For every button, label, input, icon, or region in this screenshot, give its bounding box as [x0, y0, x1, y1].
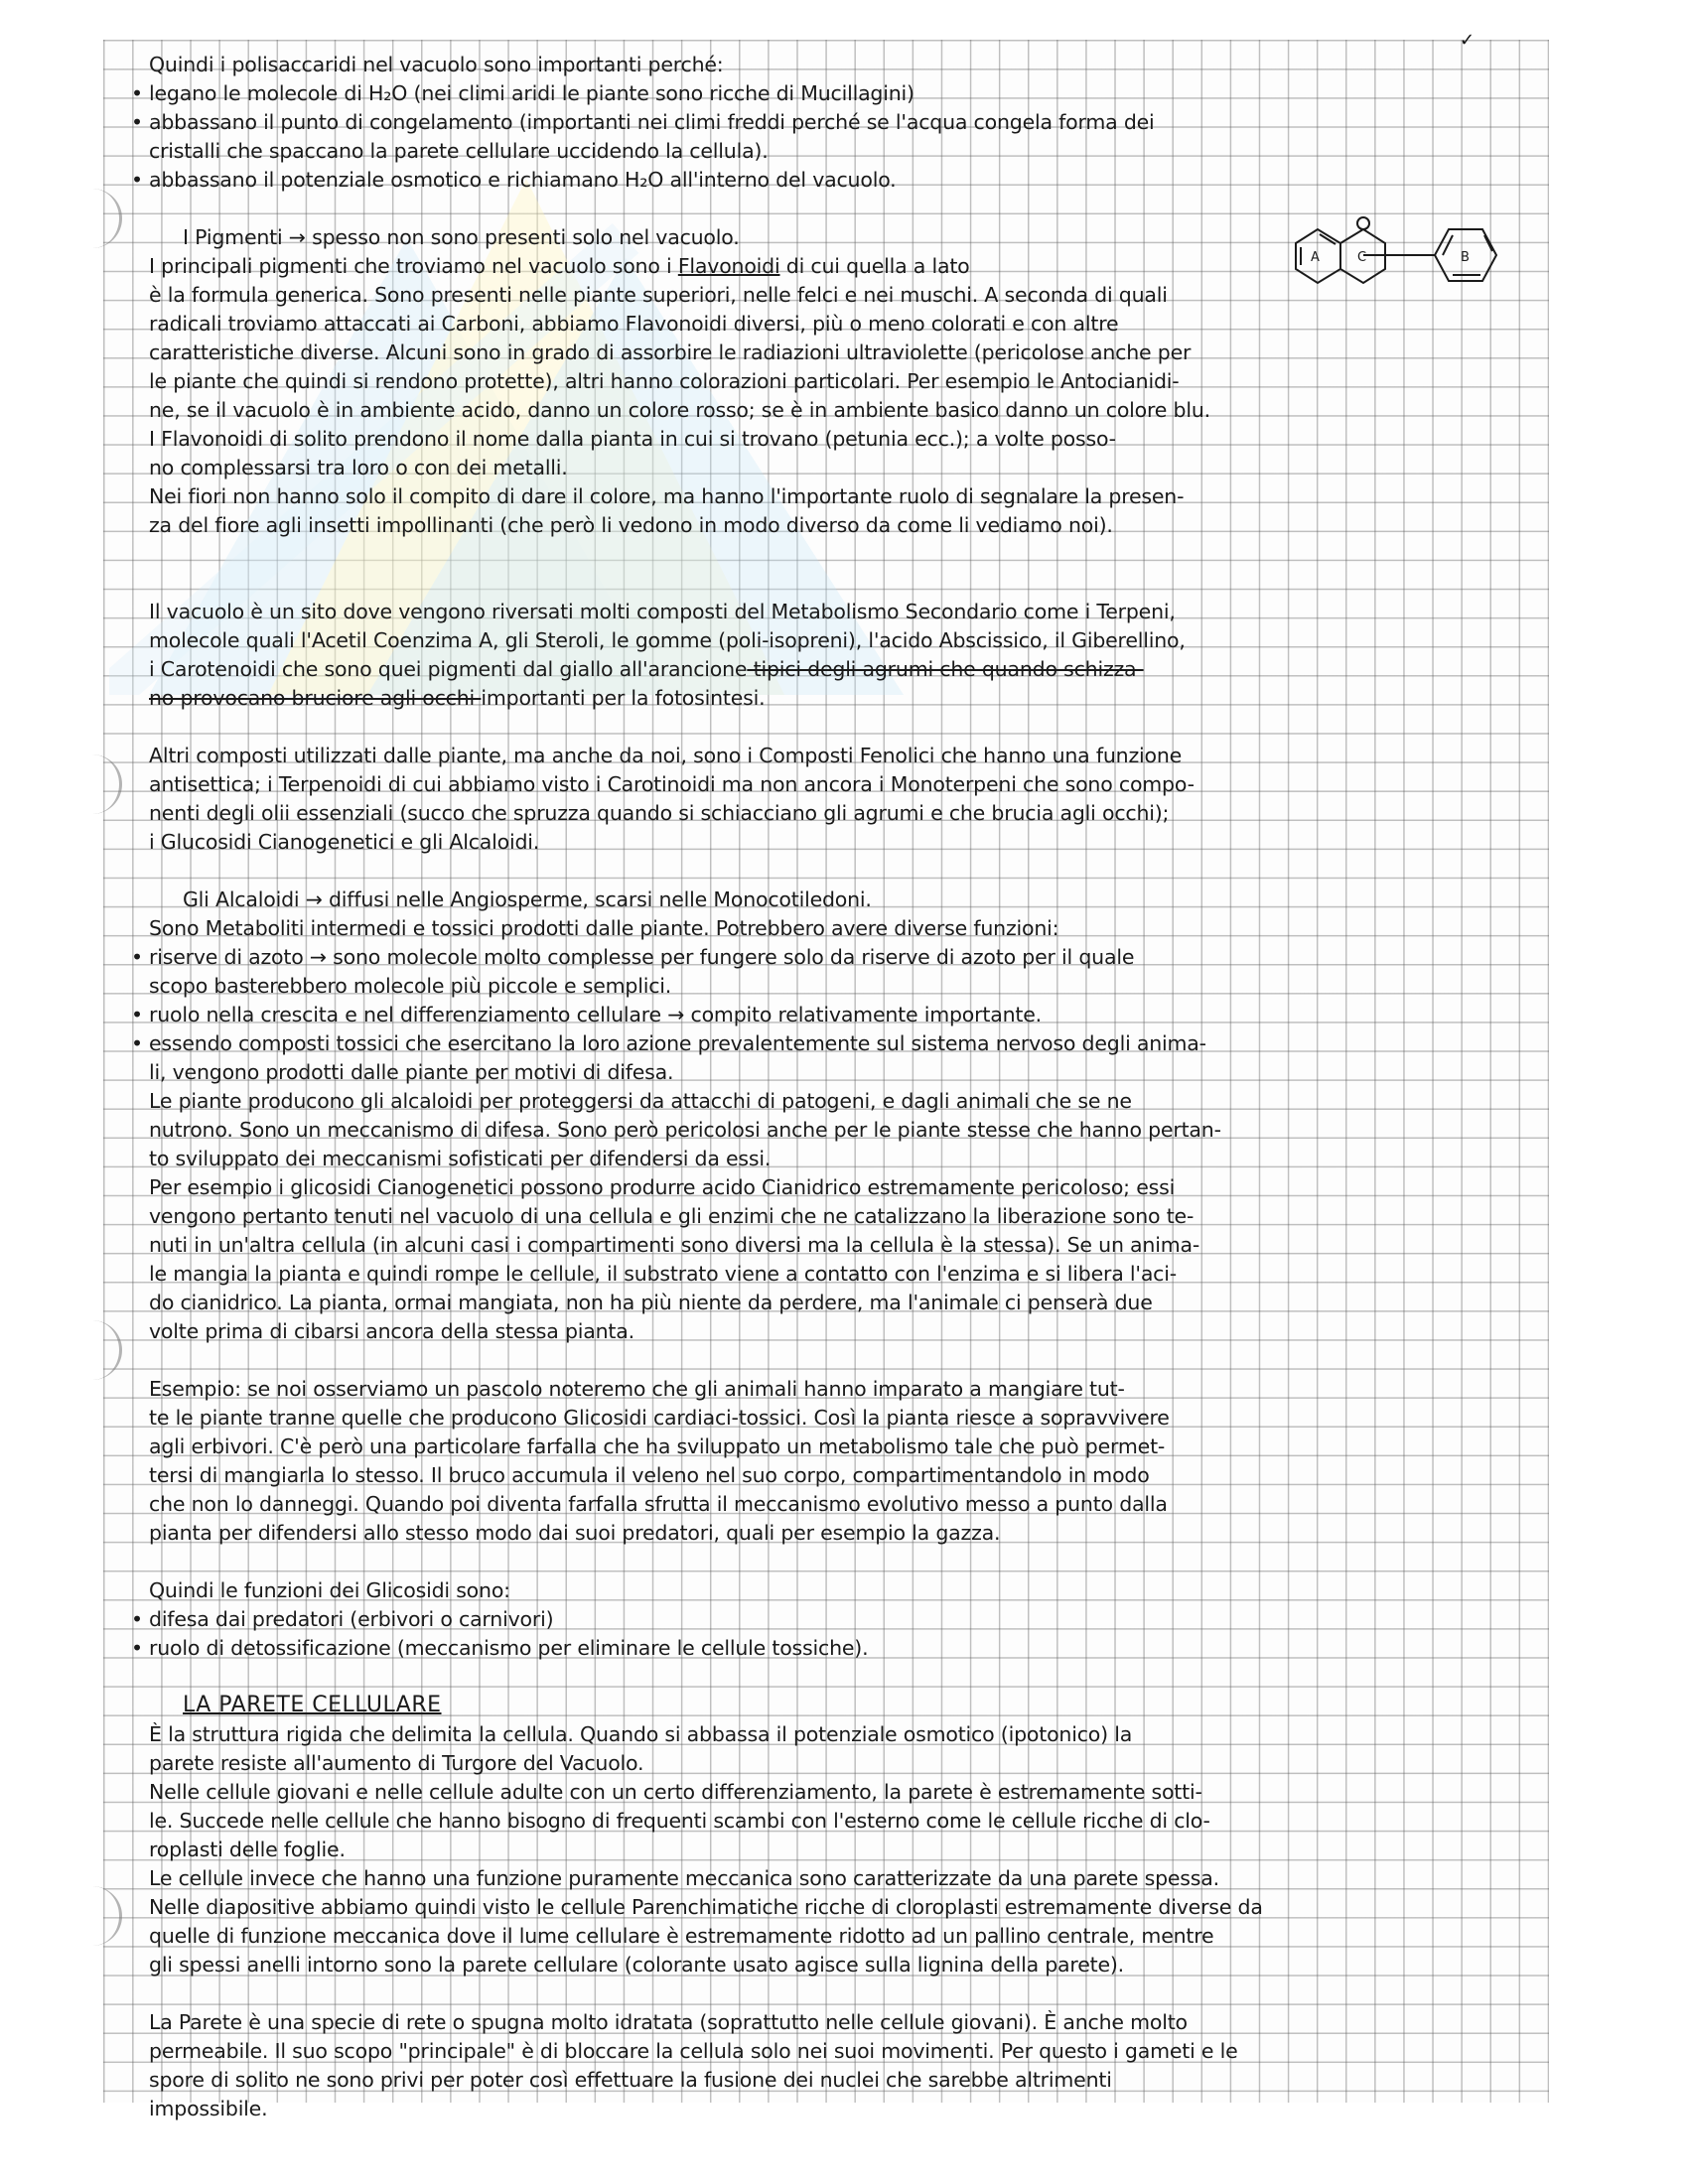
line-text: caratteristiche diverse. Alcuni sono in …	[149, 341, 1191, 364]
line-text: volte prima di cibarsi ancora della stes…	[149, 1319, 634, 1343]
line-text: parete resiste all'aumento di Turgore de…	[149, 1751, 643, 1775]
text-line: Nelle cellule giovani e nelle cellule ad…	[149, 1779, 1202, 1805]
text-line: to sviluppato dei meccanismi sofisticati…	[149, 1146, 771, 1171]
line-text: Quindi le funzioni dei Glicosidi sono:	[149, 1578, 510, 1602]
line-text: Sono Metaboliti intermedi e tossici prod…	[149, 916, 1058, 940]
line-text: cristalli che spaccano la parete cellula…	[149, 139, 769, 163]
line-text: I Flavonoidi di solito prendono il nome …	[149, 427, 1116, 451]
text-line: Il vacuolo è un sito dove vengono rivers…	[149, 599, 1176, 624]
line-text: le mangia la pianta e quindi rompe le ce…	[149, 1262, 1177, 1286]
text-line: Esempio: se noi osserviamo un pascolo no…	[149, 1376, 1125, 1402]
text-line: è la formula generica. Sono presenti nel…	[149, 282, 1168, 308]
text-line: che non lo danneggi. Quando poi diventa …	[149, 1491, 1168, 1517]
corner-mark: ✓	[1460, 30, 1475, 51]
text-line: agli erbivori. C'è però una particolare …	[149, 1433, 1165, 1459]
text-line: Altri composti utilizzati dalle piante, …	[149, 743, 1182, 768]
bullet-item: abbassano il punto di congelamento (impo…	[149, 109, 1155, 135]
line-text: La Parete è una specie di rete o spugna …	[149, 2010, 1188, 2034]
text-line: li, vengono prodotti dalle piante per mo…	[149, 1059, 673, 1085]
line-text: Nelle cellule giovani e nelle cellule ad…	[149, 1780, 1202, 1804]
line-text: roplasti delle foglie.	[149, 1838, 346, 1861]
text-line: Quindi i polisaccaridi nel vacuolo sono …	[149, 52, 724, 77]
line-text: spore di solito ne sono privi per poter …	[149, 2068, 1112, 2092]
text-line: I Pigmenti → spesso non sono presenti so…	[149, 224, 740, 250]
text-line: spore di solito ne sono privi per poter …	[149, 2067, 1112, 2093]
text-line: parete resiste all'aumento di Turgore de…	[149, 1750, 643, 1776]
text-line: antisettica; i Terpenoidi di cui abbiamo…	[149, 771, 1195, 797]
line-text: Nelle diapositive abbiamo quindi visto l…	[149, 1895, 1263, 1919]
bullet-item: ruolo di detossificazione (meccanismo pe…	[149, 1635, 868, 1661]
text-line: i Carotenoidi che sono quei pigmenti dal…	[149, 656, 1144, 682]
line-text: vengono pertanto tenuti nel vacuolo di u…	[149, 1204, 1194, 1228]
line-text: importanti per la fotosintesi.	[481, 686, 765, 710]
line-text: ruolo nella crescita e nel differenziame…	[149, 1003, 1042, 1026]
line-text: le piante che quindi si rendono protette…	[149, 369, 1179, 393]
bullet-item: essendo composti tossici che esercitano …	[149, 1030, 1206, 1056]
text-line: no complessarsi tra loro o con dei metal…	[149, 455, 568, 480]
line-text: Gli Alcaloidi → diffusi nelle Angiosperm…	[183, 887, 872, 911]
text-line: Le cellule invece che hanno una funzione…	[149, 1865, 1219, 1891]
line-text: te le piante tranne quelle che producono…	[149, 1406, 1170, 1430]
text-line: Gli Alcaloidi → diffusi nelle Angiosperm…	[149, 887, 872, 912]
section-heading: LA PARETE CELLULARE	[149, 1693, 442, 1718]
line-text: Esempio: se noi osserviamo un pascolo no…	[149, 1377, 1125, 1401]
bullet-item: legano le molecole di H₂O (nei climi ari…	[149, 80, 914, 106]
text-line: Nei fiori non hanno solo il compito di d…	[149, 483, 1184, 509]
text-line: È la struttura rigida che delimita la ce…	[149, 1721, 1132, 1747]
text-line: La Parete è una specie di rete o spugna …	[149, 2009, 1188, 2035]
bullet-item: riserve di azoto → sono molecole molto c…	[149, 944, 1134, 970]
line-text: antisettica; i Terpenoidi di cui abbiamo…	[149, 772, 1195, 796]
line-text: Le piante producono gli alcaloidi per pr…	[149, 1089, 1132, 1113]
bullet-item: ruolo nella crescita e nel differenziame…	[149, 1002, 1042, 1027]
line-text: nenti degli olii essenziali (succo che s…	[149, 801, 1169, 825]
text-line: caratteristiche diverse. Alcuni sono in …	[149, 340, 1191, 365]
line-text: nuti in un'altra cellula (in alcuni casi…	[149, 1233, 1199, 1257]
line-text: tersi di mangiarla lo stesso. Il bruco a…	[149, 1463, 1150, 1487]
text-line: roplasti delle foglie.	[149, 1837, 346, 1862]
line-text: to sviluppato dei meccanismi sofisticati…	[149, 1147, 771, 1170]
line-text: pianta per difendersi allo stesso modo d…	[149, 1521, 1000, 1545]
line-text: quelle di funzione meccanica dove il lum…	[149, 1924, 1213, 1948]
bullet-item: difesa dai predatori (erbivori o carnivo…	[149, 1606, 553, 1632]
text-line: quelle di funzione meccanica dove il lum…	[149, 1923, 1213, 1949]
line-text: scopo basterebbero molecole più piccole …	[149, 974, 671, 998]
text-line: le piante che quindi si rendono protette…	[149, 368, 1179, 394]
text-line: le. Succede nelle cellule che hanno biso…	[149, 1808, 1210, 1834]
line-text: Nei fiori non hanno solo il compito di d…	[149, 484, 1184, 508]
line-text: Altri composti utilizzati dalle piante, …	[149, 744, 1182, 767]
line-text: molecole quali l'Acetil Coenzima A, gli …	[149, 628, 1186, 652]
line-text: do cianidrico. La pianta, ormai mangiata…	[149, 1291, 1153, 1314]
struck-text: tipici degli agrumi che quando schizza-	[747, 657, 1143, 681]
text-line: radicali troviamo attaccati ai Carboni, …	[149, 311, 1118, 337]
text-line: cristalli che spaccano la parete cellula…	[149, 138, 769, 164]
text-line: za del fiore agli insetti impollinanti (…	[149, 512, 1113, 538]
line-text: LA PARETE CELLULARE	[183, 1693, 442, 1717]
text-line: molecole quali l'Acetil Coenzima A, gli …	[149, 627, 1186, 653]
line-text: Per esempio i glicosidi Cianogenetici po…	[149, 1175, 1175, 1199]
text-line: pianta per difendersi allo stesso modo d…	[149, 1520, 1000, 1546]
text-line: le mangia la pianta e quindi rompe le ce…	[149, 1261, 1177, 1287]
line-text: le. Succede nelle cellule che hanno biso…	[149, 1809, 1210, 1833]
line-text: Quindi i polisaccaridi nel vacuolo sono …	[149, 53, 724, 76]
text-line: I principali pigmenti che troviamo nel v…	[149, 253, 970, 279]
line-text: I principali pigmenti che troviamo nel v…	[149, 254, 970, 278]
text-line: no provocano bruciore agli occhi importa…	[149, 685, 765, 711]
line-text: permeabile. Il suo scopo "principale" è …	[149, 2039, 1238, 2063]
line-text: ne, se il vacuolo è in ambiente acido, d…	[149, 398, 1210, 422]
text-line: vengono pertanto tenuti nel vacuolo di u…	[149, 1203, 1194, 1229]
text-line: te le piante tranne quelle che producono…	[149, 1405, 1170, 1431]
bullet-item: abbassano il potenziale osmotico e richi…	[149, 167, 897, 193]
line-text: abbassano il potenziale osmotico e richi…	[149, 168, 897, 192]
line-text: agli erbivori. C'è però una particolare …	[149, 1434, 1165, 1458]
line-text: essendo composti tossici che esercitano …	[149, 1031, 1206, 1055]
text-line: Nelle diapositive abbiamo quindi visto l…	[149, 1894, 1263, 1920]
line-text: abbassano il punto di congelamento (impo…	[149, 110, 1155, 134]
text-line: Quindi le funzioni dei Glicosidi sono:	[149, 1577, 510, 1603]
line-text: li, vengono prodotti dalle piante per mo…	[149, 1060, 673, 1084]
line-text: nutrono. Sono un meccanismo di difesa. S…	[149, 1118, 1221, 1142]
text-line: permeabile. Il suo scopo "principale" è …	[149, 2038, 1238, 2064]
text-line: Le piante producono gli alcaloidi per pr…	[149, 1088, 1132, 1114]
line-text: che non lo danneggi. Quando poi diventa …	[149, 1492, 1168, 1516]
text-line: Per esempio i glicosidi Cianogenetici po…	[149, 1174, 1175, 1200]
text-line: i Glucosidi Cianogenetici e gli Alcaloid…	[149, 829, 539, 855]
text-line: do cianidrico. La pianta, ormai mangiata…	[149, 1290, 1153, 1315]
line-text: i Glucosidi Cianogenetici e gli Alcaloid…	[149, 830, 539, 854]
text-line: tersi di mangiarla lo stesso. Il bruco a…	[149, 1462, 1150, 1488]
text-line: nutrono. Sono un meccanismo di difesa. S…	[149, 1117, 1221, 1143]
underlined-term: Flavonoidi	[678, 254, 780, 278]
line-text: radicali troviamo attaccati ai Carboni, …	[149, 312, 1118, 336]
text-line: volte prima di cibarsi ancora della stes…	[149, 1318, 634, 1344]
line-text: Le cellule invece che hanno una funzione…	[149, 1866, 1219, 1890]
line-text: riserve di azoto → sono molecole molto c…	[149, 945, 1134, 969]
line-text: legano le molecole di H₂O (nei climi ari…	[149, 81, 914, 105]
text-line: nuti in un'altra cellula (in alcuni casi…	[149, 1232, 1199, 1258]
line-text: ruolo di detossificazione (meccanismo pe…	[149, 1636, 868, 1660]
line-text: no complessarsi tra loro o con dei metal…	[149, 456, 568, 479]
text-line: I Flavonoidi di solito prendono il nome …	[149, 426, 1116, 452]
flavonoid-structure-diagram: A C B	[1286, 213, 1524, 298]
svg-text:C: C	[1357, 250, 1366, 265]
text-line: ne, se il vacuolo è in ambiente acido, d…	[149, 397, 1210, 423]
line-text: i Carotenoidi che sono quei pigmenti dal…	[149, 657, 747, 681]
text-line: nenti degli olii essenziali (succo che s…	[149, 800, 1169, 826]
line-text: È la struttura rigida che delimita la ce…	[149, 1722, 1132, 1746]
text-line: gli spessi anelli intorno sono la parete…	[149, 1952, 1124, 1978]
line-text: impossibile.	[149, 2097, 267, 2120]
struck-text: no provocano bruciore agli occhi	[149, 686, 481, 710]
text-line: impossibile.	[149, 2096, 267, 2121]
text-line: scopo basterebbero molecole più piccole …	[149, 973, 671, 999]
line-text: gli spessi anelli intorno sono la parete…	[149, 1953, 1124, 1977]
line-text: difesa dai predatori (erbivori o carnivo…	[149, 1607, 553, 1631]
line-text: è la formula generica. Sono presenti nel…	[149, 283, 1168, 307]
line-text: I Pigmenti → spesso non sono presenti so…	[183, 225, 740, 249]
text-line: Sono Metaboliti intermedi e tossici prod…	[149, 915, 1058, 941]
line-text: za del fiore agli insetti impollinanti (…	[149, 513, 1113, 537]
svg-text:A: A	[1311, 250, 1320, 265]
svg-text:B: B	[1461, 250, 1470, 265]
line-text: Il vacuolo è un sito dove vengono rivers…	[149, 600, 1176, 623]
